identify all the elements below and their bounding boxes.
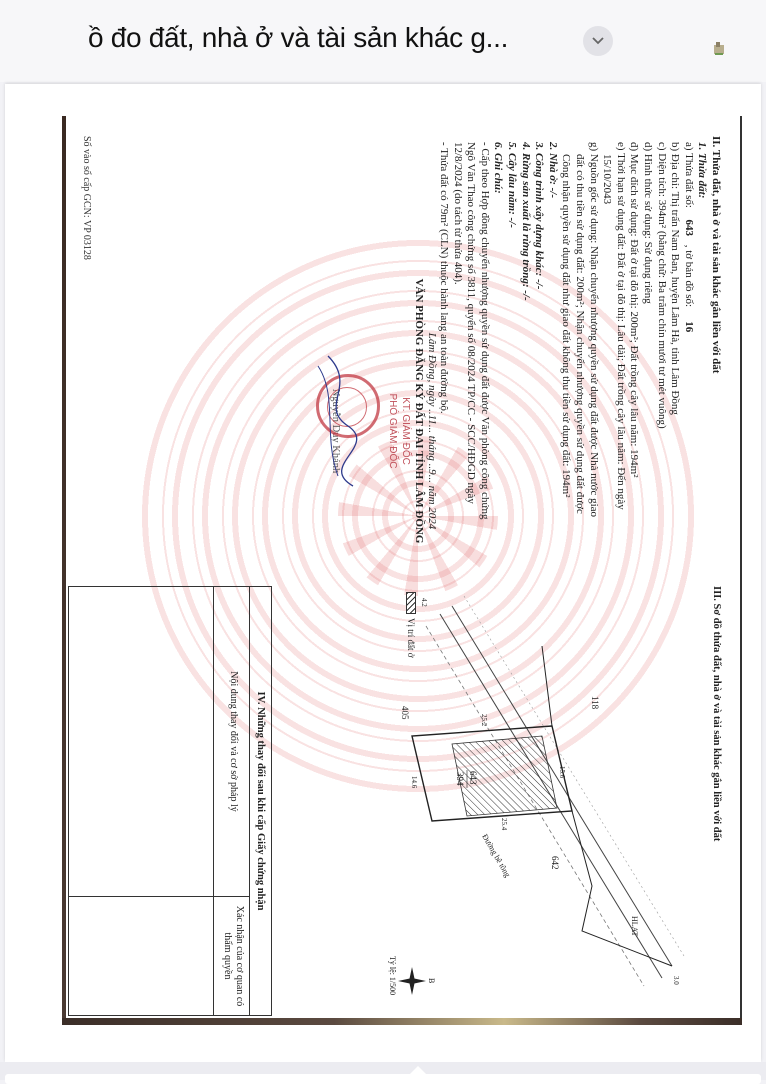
next-page-preview[interactable] — [0, 1062, 766, 1080]
map-legend: Vị trí đất ở — [406, 592, 416, 658]
document-title[interactable]: ồ đo đất, nhà ở và tài sản khác g... — [88, 22, 508, 54]
svg-text:643: 643 — [468, 771, 478, 785]
title-menu-button[interactable] — [583, 26, 613, 56]
svg-text:394: 394 — [455, 772, 465, 786]
svg-text:14.6: 14.6 — [410, 776, 418, 789]
page-edge — [62, 1018, 742, 1025]
svg-text:4.2: 4.2 — [420, 598, 428, 607]
parcel-number: 643 — [681, 211, 695, 245]
registry-number: Số vào sổ cấp GCN: VP 03128 — [81, 136, 92, 260]
svg-text:Đường bê tông: Đường bê tông — [480, 833, 512, 879]
svg-text:15.6: 15.6 — [558, 766, 566, 779]
page-edge — [62, 116, 66, 1024]
svg-text:3.0: 3.0 — [672, 976, 680, 985]
avatar-icon[interactable] — [712, 40, 726, 56]
section-land-parcel: II. Thửa đất, nhà ở và tài sản khác gắn … — [437, 136, 722, 576]
svg-text:118: 118 — [590, 696, 600, 710]
changes-content-cell — [69, 587, 213, 897]
svg-text:405: 405 — [400, 706, 410, 720]
svg-text:25.2: 25.2 — [480, 714, 488, 727]
compass-icon: B — [398, 967, 436, 995]
section-parcel-map-title: III. Sơ đồ thửa đất, nhà ở và tài sản kh… — [711, 586, 722, 841]
svg-text:B: B — [427, 978, 436, 983]
section-changes-table: IV. Những thay đổi sau khi cấp Giấy chứn… — [68, 586, 272, 1016]
chevron-down-icon — [592, 37, 604, 45]
signature-icon — [308, 346, 368, 496]
map-sheet-number: 16 — [681, 310, 695, 344]
certificate-page: II. Thửa đất, nhà ở và tài sản khác gắn … — [62, 116, 742, 1024]
svg-text:HLAT: HLAT — [630, 916, 639, 937]
viewer-header: ồ đo đất, nhà ở và tài sản khác g... — [0, 0, 766, 82]
svg-text:642: 642 — [550, 856, 560, 870]
svg-text:25.4: 25.4 — [500, 818, 508, 831]
page-edge — [740, 116, 742, 1024]
svg-text:Tỷ lệ: 1/500: Tỷ lệ: 1/500 — [388, 956, 397, 995]
hatch-swatch-icon — [406, 592, 416, 614]
parcel-map: 643 394 642 118 405 Đường bê tông HLAT 1… — [380, 586, 702, 1006]
authority-confirmation-cell — [69, 897, 213, 1015]
